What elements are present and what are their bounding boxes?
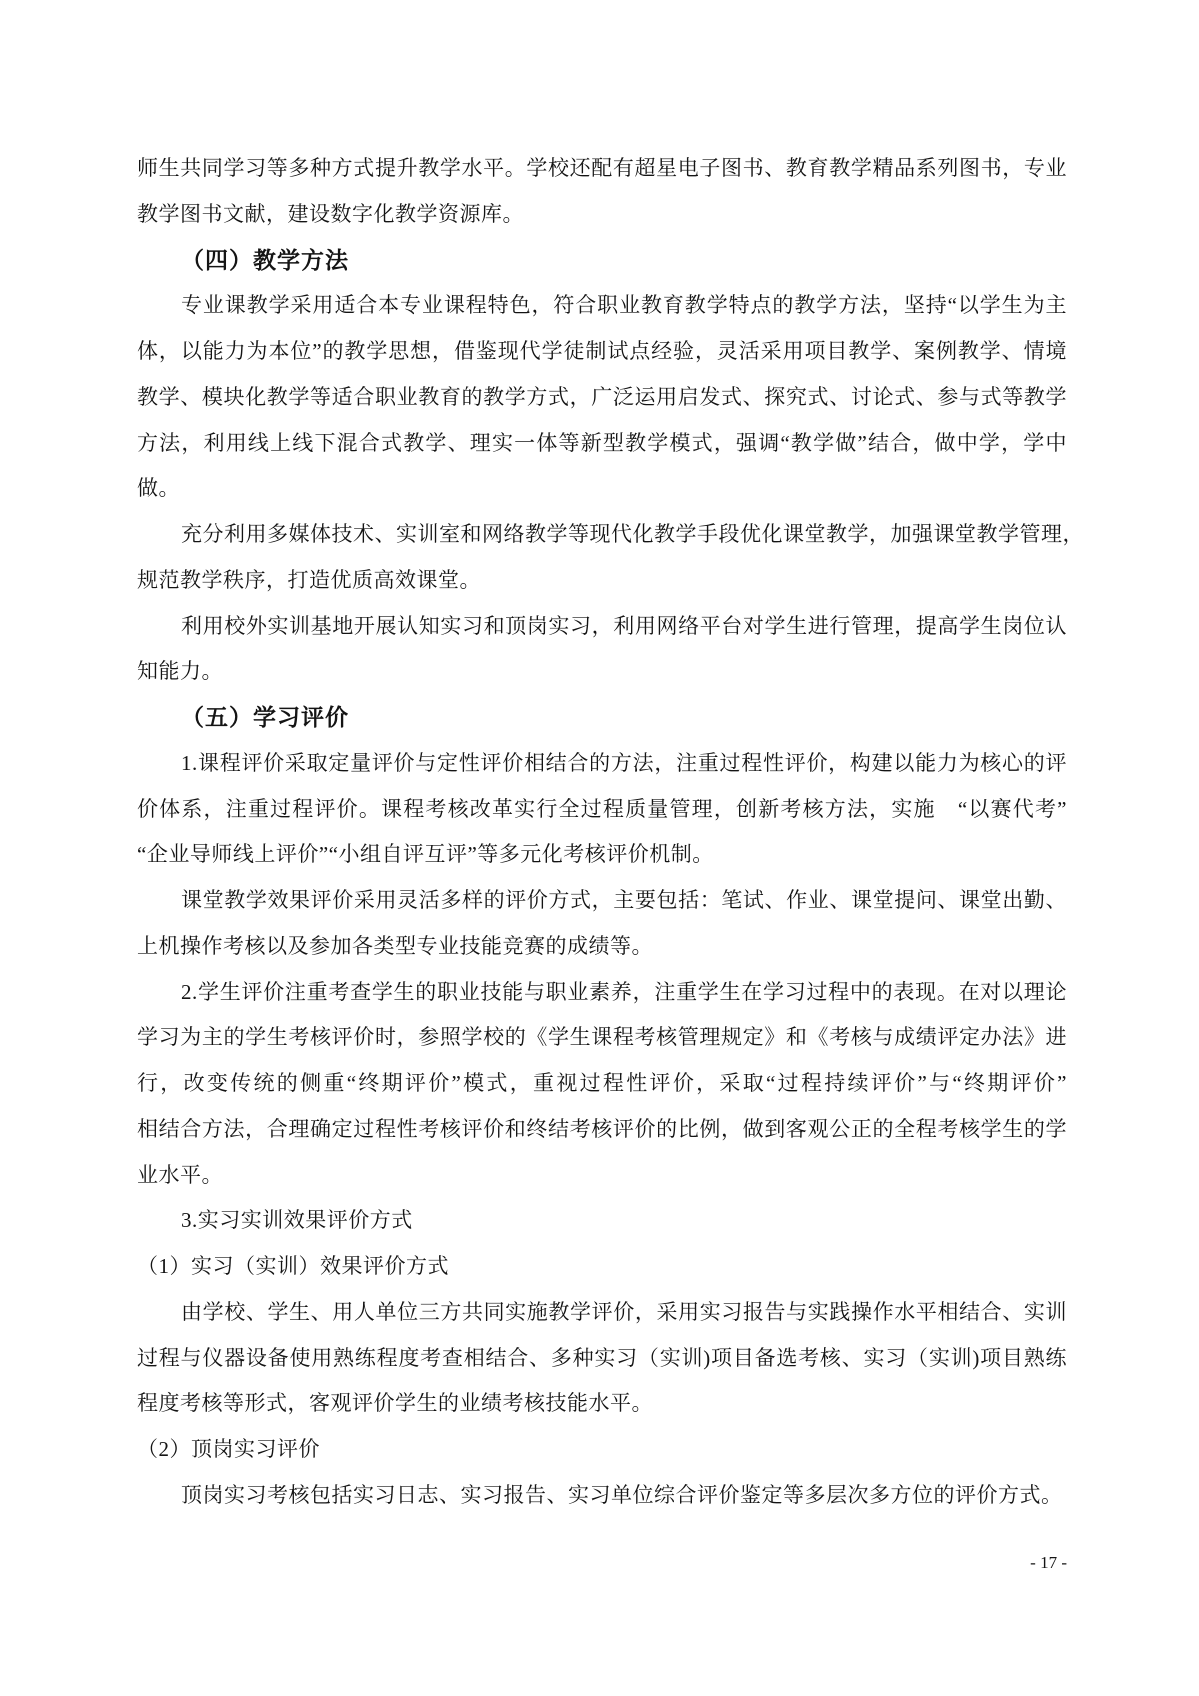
paragraph-line: 3.实习实训效果评价方式 bbox=[137, 1198, 1067, 1244]
paragraph-line: 规范教学秩序，打造优质高效课堂。 bbox=[137, 558, 1067, 604]
paragraph-line: 教学、模块化教学等适合职业教育的教学方式，广泛运用启发式、探究式、讨论式、参与式… bbox=[137, 375, 1067, 421]
page-number: - 17 - bbox=[1030, 1553, 1067, 1572]
paragraph-line: 充分利用多媒体技术、实训室和网络教学等现代化教学手段优化课堂教学，加强课堂教学管… bbox=[137, 512, 1067, 558]
paragraph-line: （2）顶岗实习评价 bbox=[137, 1427, 1067, 1473]
paragraph-line: 程度考核等形式，客观评价学生的业绩考核技能水平。 bbox=[137, 1381, 1067, 1427]
paragraph-line: 专业课教学采用适合本专业课程特色，符合职业教育教学特点的教学方法，坚持“以学生为… bbox=[137, 283, 1067, 329]
paragraph-line: 体，以能力为本位”的教学思想，借鉴现代学徒制试点经验，灵活采用项目教学、案例教学… bbox=[137, 329, 1067, 375]
page-footer: - 17 - bbox=[137, 1551, 1067, 1575]
paragraph-line: 做。 bbox=[137, 466, 1067, 512]
document-page: 师生共同学习等多种方式提升教学水平。学校还配有超星电子图书、教育教学精品系列图书… bbox=[0, 0, 1199, 1696]
paragraph-line: 课堂教学效果评价采用灵活多样的评价方式，主要包括：笔试、作业、课堂提问、课堂出勤… bbox=[137, 878, 1067, 924]
document-content: 师生共同学习等多种方式提升教学水平。学校还配有超星电子图书、教育教学精品系列图书… bbox=[137, 146, 1067, 1519]
paragraph-line: 行，改变传统的侧重“终期评价”模式，重视过程性评价，采取“过程持续评价”与“终期… bbox=[137, 1061, 1067, 1107]
paragraph-line: 相结合方法，合理确定过程性考核评价和终结考核评价的比例，做到客观公正的全程考核学… bbox=[137, 1107, 1067, 1153]
paragraph-line: 2.学生评价注重考查学生的职业技能与职业素养，注重学生在学习过程中的表现。在对以… bbox=[137, 970, 1067, 1016]
paragraph-line: 方法，利用线上线下混合式教学、理实一体等新型教学模式，强调“教学做”结合，做中学… bbox=[137, 421, 1067, 467]
paragraph-line: 由学校、学生、用人单位三方共同实施教学评价，采用实习报告与实践操作水平相结合、实… bbox=[137, 1290, 1067, 1336]
paragraph-line: 1.课程评价采取定量评价与定性评价相结合的方法，注重过程性评价，构建以能力为核心… bbox=[137, 741, 1067, 787]
paragraph-line: 教学图书文献，建设数字化教学资源库。 bbox=[137, 192, 1067, 238]
paragraph-line: 价体系，注重过程评价。课程考核改革实行全过程质量管理，创新考核方法，实施 “以赛… bbox=[137, 787, 1067, 833]
section-heading: （五）学习评价 bbox=[137, 695, 1067, 741]
paragraph-line: 知能力。 bbox=[137, 649, 1067, 695]
paragraph-line: 顶岗实习考核包括实习日志、实习报告、实习单位综合评价鉴定等多层次多方位的评价方式… bbox=[137, 1473, 1067, 1519]
paragraph-line: 学习为主的学生考核评价时，参照学校的《学生课程考核管理规定》和《考核与成绩评定办… bbox=[137, 1015, 1067, 1061]
paragraph-line: 利用校外实训基地开展认知实习和顶岗实习，利用网络平台对学生进行管理，提高学生岗位… bbox=[137, 604, 1067, 650]
paragraph-line: 上机操作考核以及参加各类型专业技能竞赛的成绩等。 bbox=[137, 924, 1067, 970]
section-heading: （四）教学方法 bbox=[137, 238, 1067, 284]
paragraph-line: 业水平。 bbox=[137, 1153, 1067, 1199]
paragraph-line: （1）实习（实训）效果评价方式 bbox=[137, 1244, 1067, 1290]
paragraph-line: 师生共同学习等多种方式提升教学水平。学校还配有超星电子图书、教育教学精品系列图书… bbox=[137, 146, 1067, 192]
paragraph-line: “企业导师线上评价”“小组自评互评”等多元化考核评价机制。 bbox=[137, 832, 1067, 878]
paragraph-line: 过程与仪器设备使用熟练程度考查相结合、多种实习（实训)项目备选考核、实习（实训)… bbox=[137, 1336, 1067, 1382]
